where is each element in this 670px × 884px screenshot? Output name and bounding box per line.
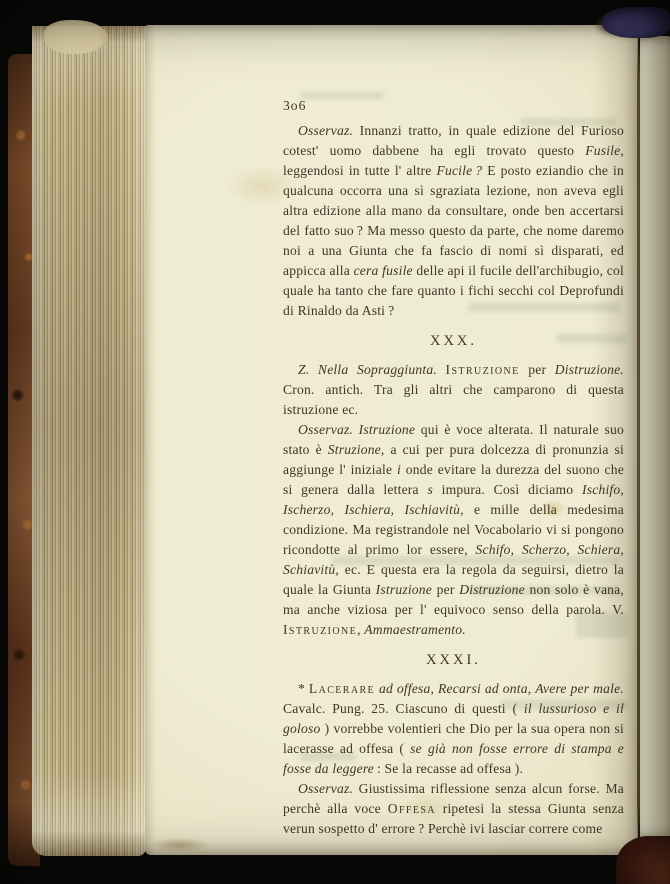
text-segment: : Se la recasse ad offesa ). (374, 761, 523, 776)
paragraph: Z. Nella Sopraggiunta. Istruzione per Di… (283, 360, 624, 420)
page-text-column: 3o6 Osservaz. Innanzi tratto, in quale e… (283, 96, 624, 839)
text-segment: Cavalc. Pung. 25. Ciascuno di questi ( (283, 701, 524, 716)
text-segment: Istruzione (446, 362, 520, 377)
text-segment: cera fusile (354, 263, 413, 278)
facing-page-edge (640, 36, 670, 842)
section-heading: XXXI. (283, 650, 624, 670)
text-segment: Distruzione (459, 582, 525, 597)
text-segment: Osservaz. Istruzione (298, 422, 415, 437)
text-segment: Ammaestramento. (364, 622, 466, 637)
paragraph: Osservaz. Istruzione qui è voce alterata… (283, 420, 624, 640)
text-segment: Cron. antich. Tra gli altri che camparon… (283, 382, 624, 417)
text-segment: Lacerare (309, 681, 375, 696)
book-photo: 3o6 Osservaz. Innanzi tratto, in quale e… (0, 0, 670, 884)
text-segment: Recarsi ad onta (438, 681, 528, 696)
text-segment: impura. Così diciamo (433, 482, 582, 497)
text-segment: Istruzione (376, 582, 432, 597)
paragraph: * Lacerare ad offesa, Recarsi ad onta, A… (283, 679, 624, 779)
text-segment: Osservaz. (298, 123, 353, 138)
text-segment: * (298, 681, 309, 696)
text-segment: Fusile (585, 143, 620, 158)
text-segment: per (432, 582, 459, 597)
text-segment: Osservaz. (298, 781, 353, 796)
text-segment: Struzione (328, 442, 381, 457)
section-heading: XXX. (283, 331, 624, 351)
page-text: Osservaz. Innanzi tratto, in quale edizi… (283, 121, 624, 839)
text-segment: Distruzione. (555, 362, 624, 377)
text-segment: , (431, 681, 439, 696)
page-number: 3o6 (283, 96, 624, 116)
text-segment: Offesa (388, 801, 436, 816)
text-segment: Z. Nella Sopraggiunta. (298, 362, 437, 377)
book-headband (602, 7, 670, 38)
text-segment: ad offesa (379, 681, 431, 696)
torn-paper-fragment (44, 20, 108, 54)
paragraph: Osservaz. Innanzi tratto, in quale edizi… (283, 121, 624, 321)
page-fore-edges (32, 26, 146, 856)
text-segment (437, 362, 446, 377)
text-segment: Fucile ? (436, 163, 482, 178)
text-segment: E posto eziandio che in qualcuna occorra… (283, 163, 624, 278)
text-segment: Avere per male. (535, 681, 624, 696)
text-segment: Istruzione (283, 622, 357, 637)
text-segment: per (520, 362, 555, 377)
paragraph: Osservaz. Giustissima riflessione senza … (283, 779, 624, 839)
